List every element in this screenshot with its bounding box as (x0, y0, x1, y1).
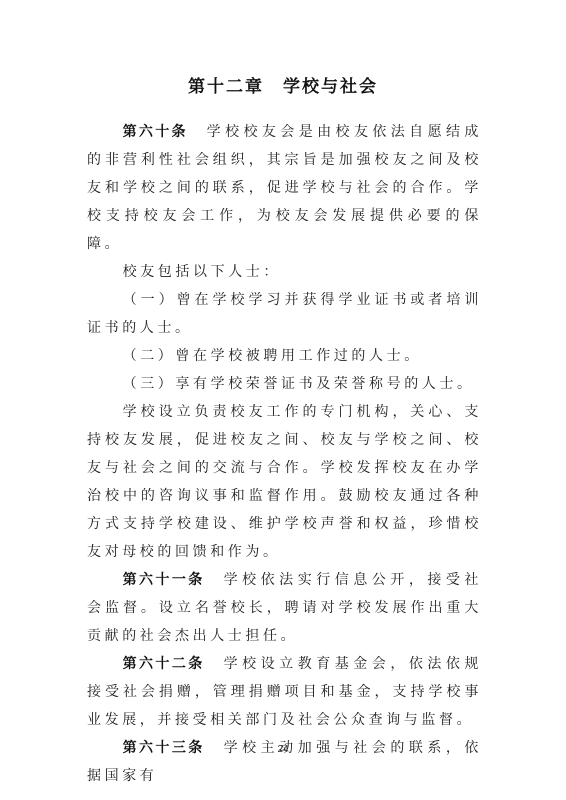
paragraph-article-62: 第六十二条学校设立教育基金会，依法依规接受社会捐赠，管理捐赠项目和基金，支持学校… (87, 650, 482, 734)
paragraph-text: 学校校友会是由校友依法自愿结成的非营利性社会组织，其宗旨是加强校友之间及校友和学… (87, 124, 482, 252)
page-number: 24 (0, 744, 566, 755)
paragraph-text: 校友包括以下人士： (123, 264, 281, 280)
list-item-2: （二）曾在学校被聘用工作过的人士。 (87, 342, 482, 370)
paragraph-alumni-office: 学校设立负责校友工作的专门机构，关心、支持校友发展，促进校友之间、校友与学校之间… (87, 398, 482, 566)
article-label: 第六十二条 (123, 656, 205, 672)
article-label: 第六十条 (123, 124, 188, 140)
paragraph-article-63: 第六十三条学校主动加强与社会的联系，依据国家有 (87, 734, 482, 790)
paragraph-text: （二）曾在学校被聘用工作过的人士。 (123, 348, 422, 364)
paragraph-article-61: 第六十一条学校依法实行信息公开，接受社会监督。设立名誉校长，聘请对学校发展作出重… (87, 566, 482, 650)
paragraph-alumni-intro: 校友包括以下人士： (87, 258, 482, 286)
document-page: 第十二章 学校与社会 第六十条学校校友会是由校友依法自愿结成的非营利性社会组织，… (0, 0, 566, 800)
chapter-title: 第十二章 学校与社会 (0, 72, 566, 97)
list-item-3: （三）享有学校荣誉证书及荣誉称号的人士。 (87, 370, 482, 398)
paragraph-text: （一）曾在学校学习并获得学业证书或者培训证书的人士。 (87, 292, 482, 336)
document-body: 第六十条学校校友会是由校友依法自愿结成的非营利性社会组织，其宗旨是加强校友之间及… (87, 118, 482, 790)
article-label: 第六十一条 (123, 572, 205, 588)
paragraph-text: 学校设立负责校友工作的专门机构，关心、支持校友发展，促进校友之间、校友与学校之间… (87, 404, 482, 560)
list-item-1: （一）曾在学校学习并获得学业证书或者培训证书的人士。 (87, 286, 482, 342)
paragraph-article-60: 第六十条学校校友会是由校友依法自愿结成的非营利性社会组织，其宗旨是加强校友之间及… (87, 118, 482, 258)
paragraph-text: （三）享有学校荣誉证书及荣誉称号的人士。 (123, 376, 475, 392)
